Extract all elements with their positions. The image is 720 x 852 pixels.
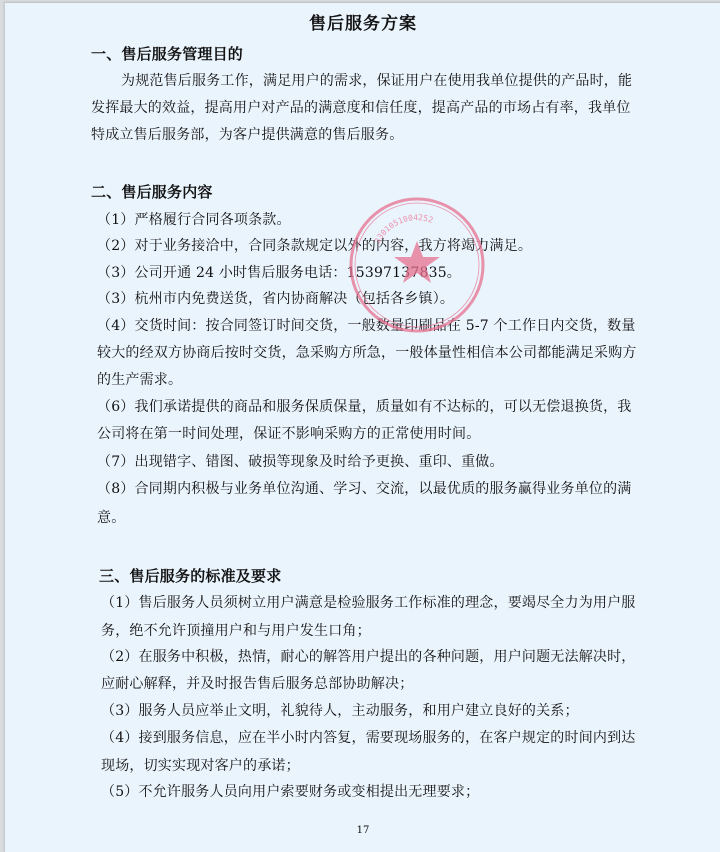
list-item: （4）交货时间：按合同签订时间交货，一般数量印刷品在 5-7 个工作日内交货，数… [97, 315, 636, 335]
list-item: （2）在服务中积极，热情，耐心的解答用户提出的各种问题，用户问题无法解决时， [101, 646, 636, 666]
section-heading-2: 二、售后服务内容 [91, 181, 213, 202]
document-page: 售后服务方案 一、售后服务管理目的 为规范售后服务工作，满足用户的需求，保证用户… [4, 3, 720, 852]
page-title: 售后服务方案 [5, 9, 720, 34]
list-item: （3）服务人员应举止文明，礼貌待人，主动服务，和用户建立良好的关系； [101, 700, 579, 720]
list-item: （2）对于业务接洽中，合同条款规定以外的内容，我方将竭力满足。 [97, 235, 532, 255]
list-item-continued: 应耐心解释，并及时报告售后服务总部协助解决； [101, 673, 413, 693]
list-item-continued: 较大的经双方协商后按时交货，急采购方所急，一般体量性相信本公司都能满足采购方 [97, 342, 637, 362]
list-item: （1）售后服务人员须树立用户满意是检验服务工作标准的理念，要竭尽全力为用户服 [101, 592, 636, 612]
list-item: （1）严格履行合同各项条款。 [97, 209, 291, 229]
list-item-continued: 公司将在第一时间处理，保证不影响采购方的正常使用时间。 [97, 423, 480, 443]
paragraph-line: 特成立售后服务部，为客户提供满意的售后服务。 [91, 124, 403, 144]
list-item: （6）我们承诺提供的商品和服务保质保量，质量如有不达标的，可以无偿退换货，我 [97, 396, 632, 416]
paragraph-line: 为规范售后服务工作，满足用户的需求，保证用户在使用我单位提供的产品时，能 [121, 70, 632, 90]
list-item: （7）出现错字、错图、破损等现象及时给予更换、重印、重做。 [97, 451, 504, 471]
list-item: （3）杭州市内免费送货，省内协商解决（包括各乡镇）。 [97, 288, 454, 308]
list-item: （8）合同期内积极与业务单位沟通、学习、交流，以最优质的服务赢得业务单位的满 [97, 478, 632, 498]
list-item: （5）不允许服务人员向用户索要财务或变相提出无理要求； [101, 781, 479, 801]
list-item-continued: 务，绝不允许顶撞用户和与用户发生口角； [101, 620, 371, 640]
section-heading-1: 一、售后服务管理目的 [91, 43, 243, 64]
section-heading-3: 三、售后服务的标准及要求 [99, 565, 281, 586]
list-item-continued: 意。 [97, 507, 125, 527]
page-number: 17 [5, 825, 720, 836]
list-item-continued: 现场，切实实现对客户的承诺； [101, 755, 300, 775]
list-item: （4）接到服务信息，应在半小时内答复，需要现场服务的，在客户规定的时间内到达 [101, 727, 636, 747]
list-item-continued: 的生产需求。 [97, 369, 182, 389]
paragraph-line: 发挥最大的效益，提高用户对产品的满意度和信任度，提高产品的市场占有率，我单位 [91, 97, 631, 117]
list-item: （3）公司开通 24 小时售后服务电话：15397137835。 [97, 262, 461, 282]
